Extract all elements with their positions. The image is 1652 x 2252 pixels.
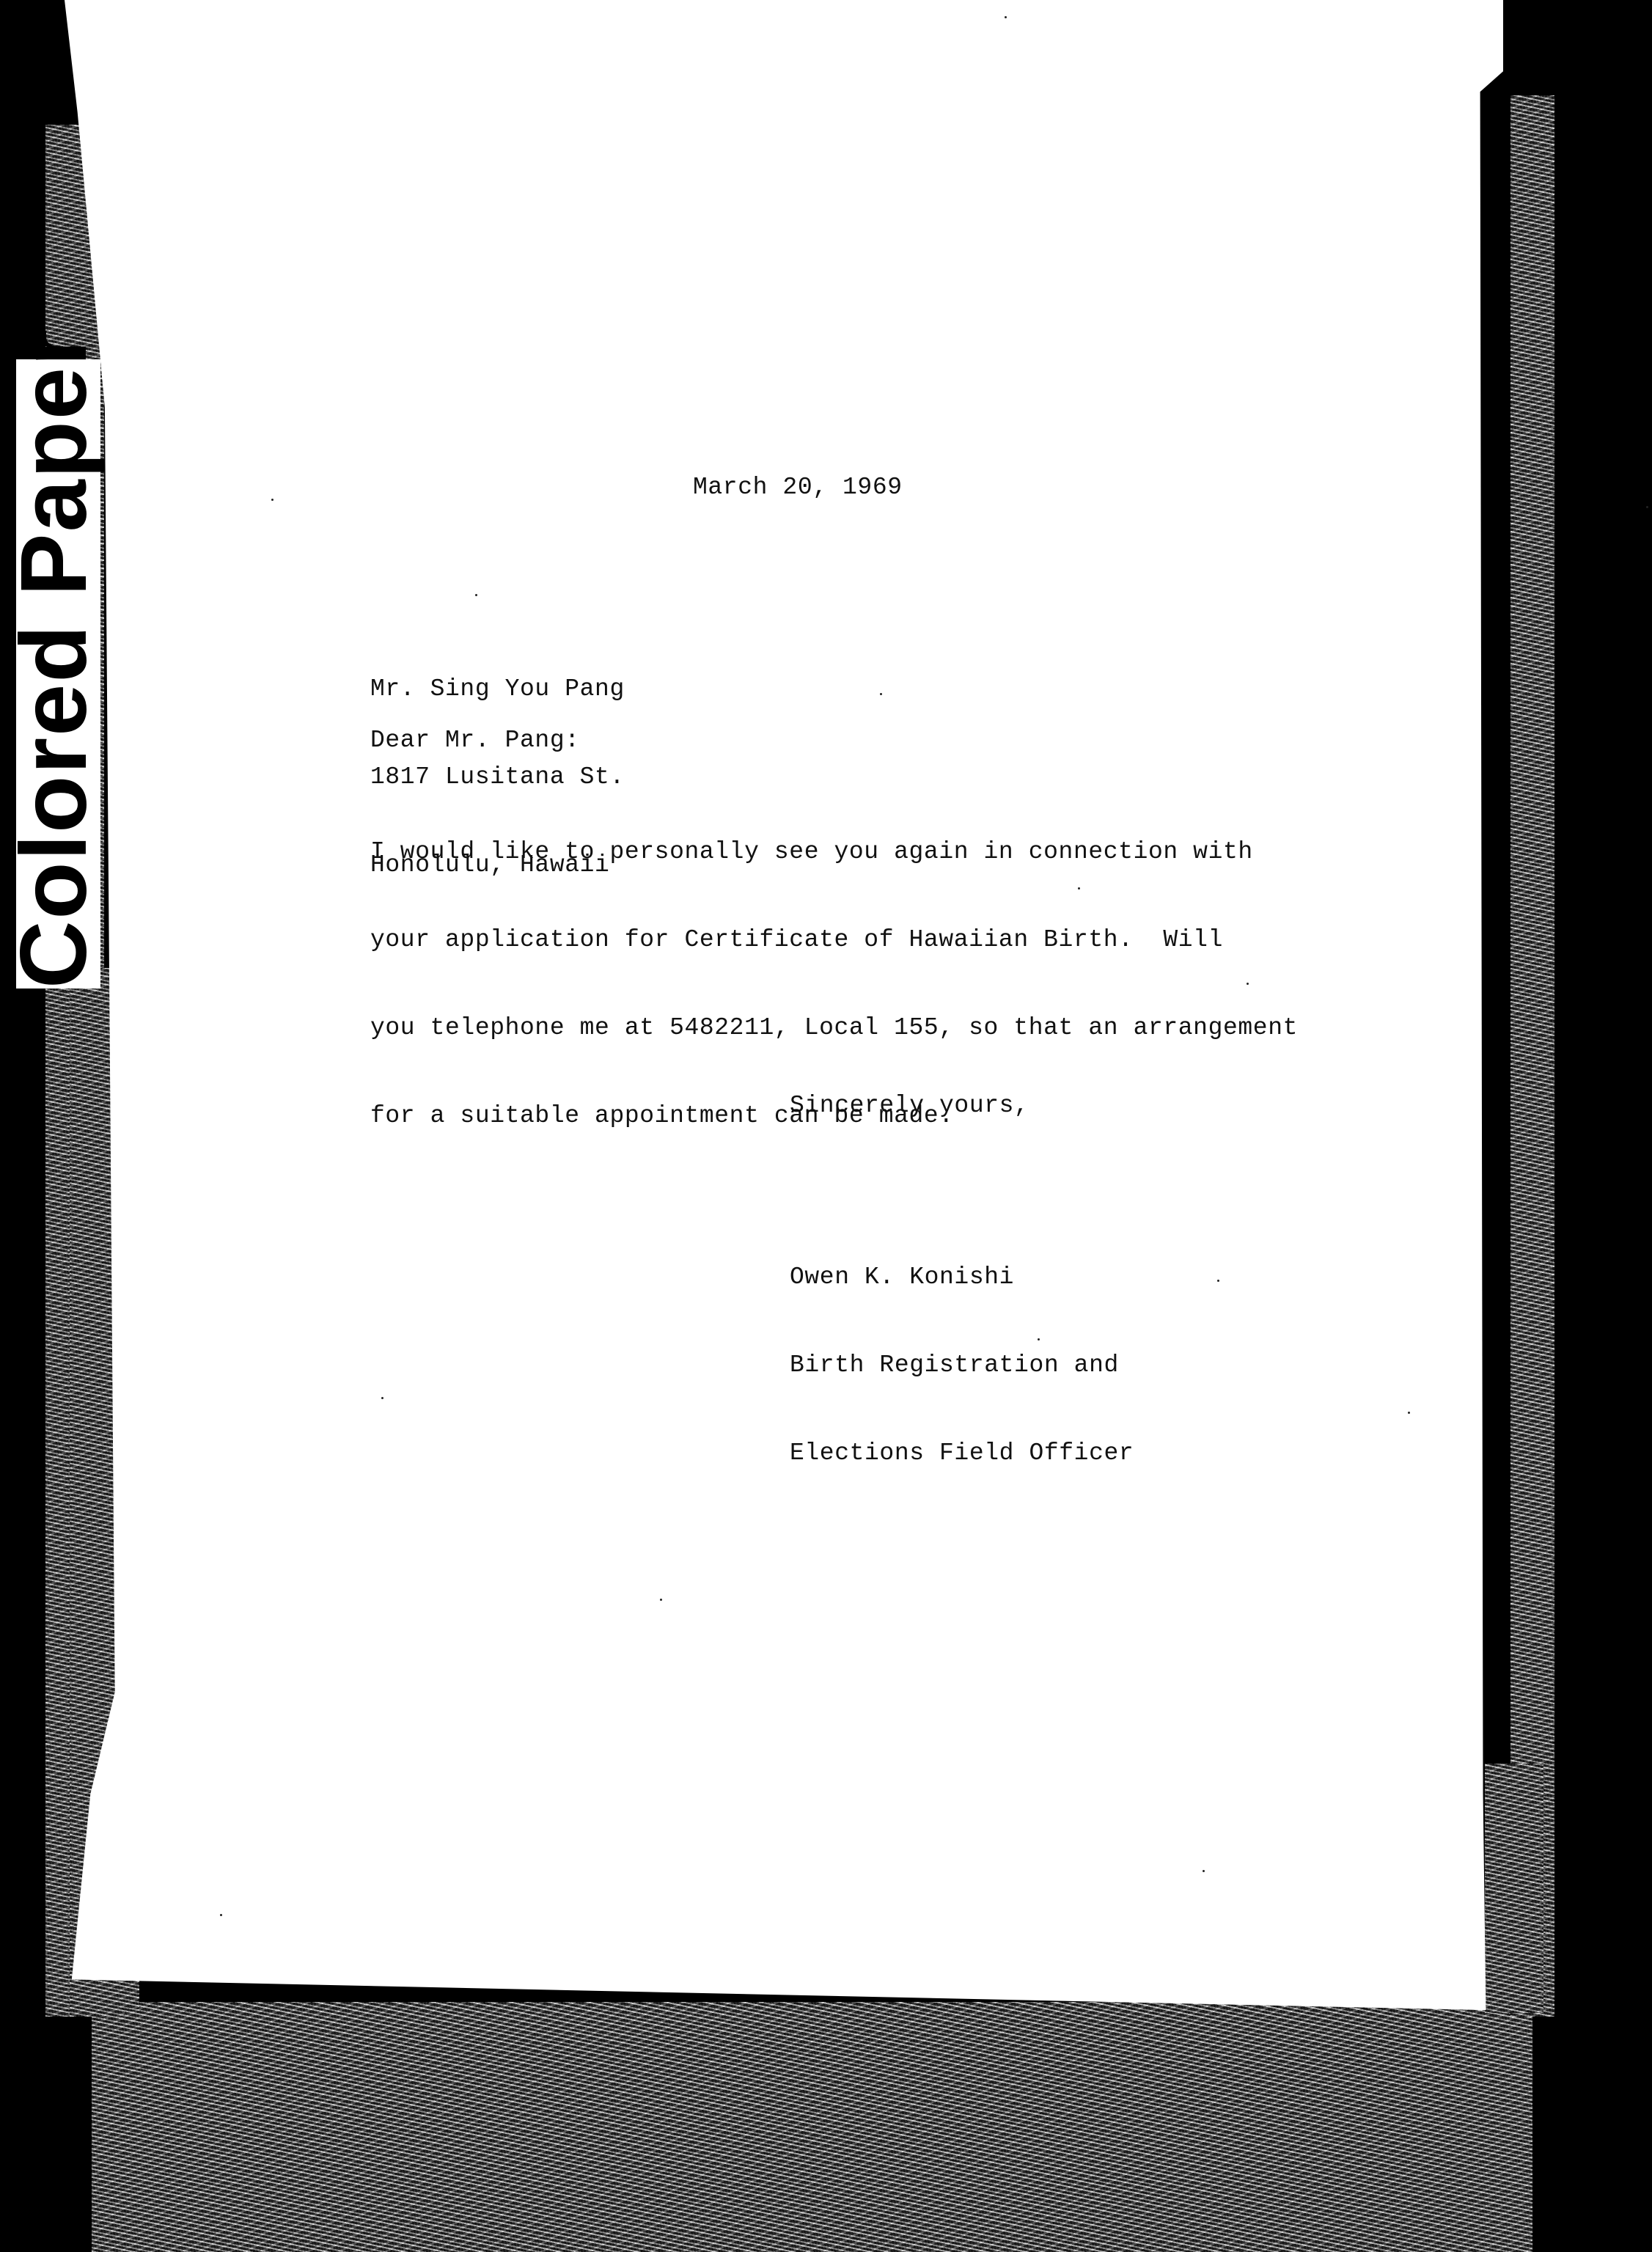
signer-title-line-2: Elections Field Officer (790, 1439, 1134, 1468)
scan-speck (1203, 1870, 1205, 1872)
scan-border-right (1510, 95, 1554, 2017)
scan-border-bottom-right (1485, 1764, 1543, 2013)
scan-speck (220, 1914, 222, 1916)
scan-speck (1408, 1412, 1410, 1414)
recipient-name: Mr. Sing You Pang (370, 675, 625, 704)
scan-speck (475, 594, 477, 596)
colored-paper-label: Colored Paper (12, 359, 96, 989)
scan-speck (880, 693, 882, 695)
scan-speck (271, 499, 274, 501)
scan-speck (1646, 506, 1648, 508)
scan-speck (1005, 16, 1007, 18)
body-line: I would like to personally see you again… (370, 837, 1298, 867)
signer-name: Owen K. Konishi (790, 1263, 1134, 1292)
signature-block: Owen K. Konishi Birth Registration and E… (790, 1204, 1134, 1497)
letter-date: March 20, 1969 (693, 473, 903, 502)
scan-speck (381, 1397, 383, 1399)
scan-border-bottom (92, 2002, 1532, 2252)
scan-speck (660, 1599, 662, 1601)
scan-speck (1217, 1280, 1219, 1282)
signer-title-line-1: Birth Registration and (790, 1351, 1134, 1380)
scan-speck (1038, 1338, 1040, 1340)
scan-speck (1247, 983, 1249, 985)
colored-paper-tab: Colored Paper (16, 359, 100, 989)
scan-speck (1078, 887, 1080, 890)
body-line: your application for Certificate of Hawa… (370, 925, 1298, 955)
closing: Sincerely yours, (790, 1091, 1029, 1121)
body-line: you telephone me at 5482211, Local 155, … (370, 1013, 1298, 1043)
salutation: Dear Mr. Pang: (370, 726, 580, 755)
